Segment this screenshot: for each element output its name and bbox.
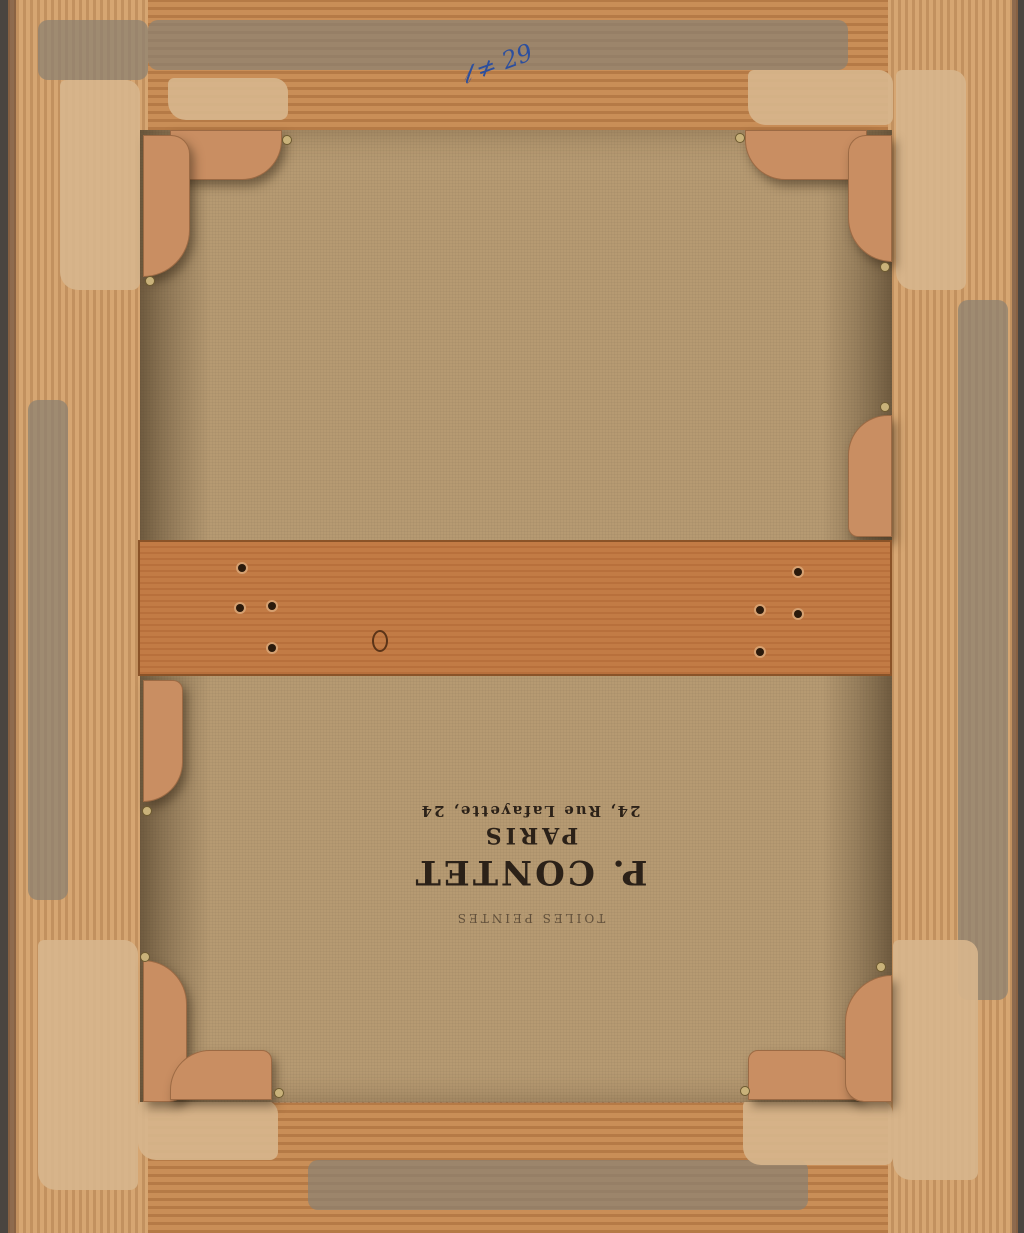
side-key-wedge [848, 415, 892, 537]
screw [274, 1088, 284, 1098]
screw [282, 135, 292, 145]
nail-hole [756, 648, 764, 656]
screw [880, 262, 890, 272]
screw [876, 962, 886, 972]
stamp-city: PARIS [370, 822, 690, 848]
worn-gesso-patch [28, 400, 68, 900]
paper-tape-patch [168, 78, 288, 120]
nail-hole [236, 604, 244, 612]
paper-tape-patch [896, 70, 966, 290]
screw [740, 1086, 750, 1096]
screw [140, 952, 150, 962]
worn-gesso-patch [38, 20, 148, 80]
stretcher-crossbar [138, 540, 892, 676]
stamp-arc-text: TOILES PEINTES [370, 911, 690, 925]
corner-key-wedge [170, 1050, 272, 1100]
paper-tape-patch [60, 80, 140, 290]
colourman-stamp: TOILES PEINTES P. CONTET PARIS 24, Rue L… [370, 800, 690, 980]
nail-hole [238, 564, 246, 572]
screw [880, 402, 890, 412]
screw [142, 806, 152, 816]
paper-tape-patch [138, 1100, 278, 1160]
nail-hole [794, 610, 802, 618]
nail-hole [756, 606, 764, 614]
paper-tape-patch [38, 940, 138, 1190]
wood-knot [372, 630, 388, 652]
stamp-address: 24, Rue Lafayette, 24 [370, 802, 690, 820]
corner-key-wedge [748, 1050, 860, 1100]
screw [735, 133, 745, 143]
nail-hole [268, 644, 276, 652]
screw [145, 276, 155, 286]
paper-tape-patch [893, 940, 978, 1180]
paper-tape-patch [748, 70, 893, 125]
stamp-name: P. CONTET [370, 852, 690, 892]
paper-tape-patch [743, 1100, 893, 1165]
worn-gesso-patch [308, 1160, 808, 1210]
nail-hole [794, 568, 802, 576]
nail-hole [268, 602, 276, 610]
worn-gesso-patch [958, 300, 1008, 1000]
